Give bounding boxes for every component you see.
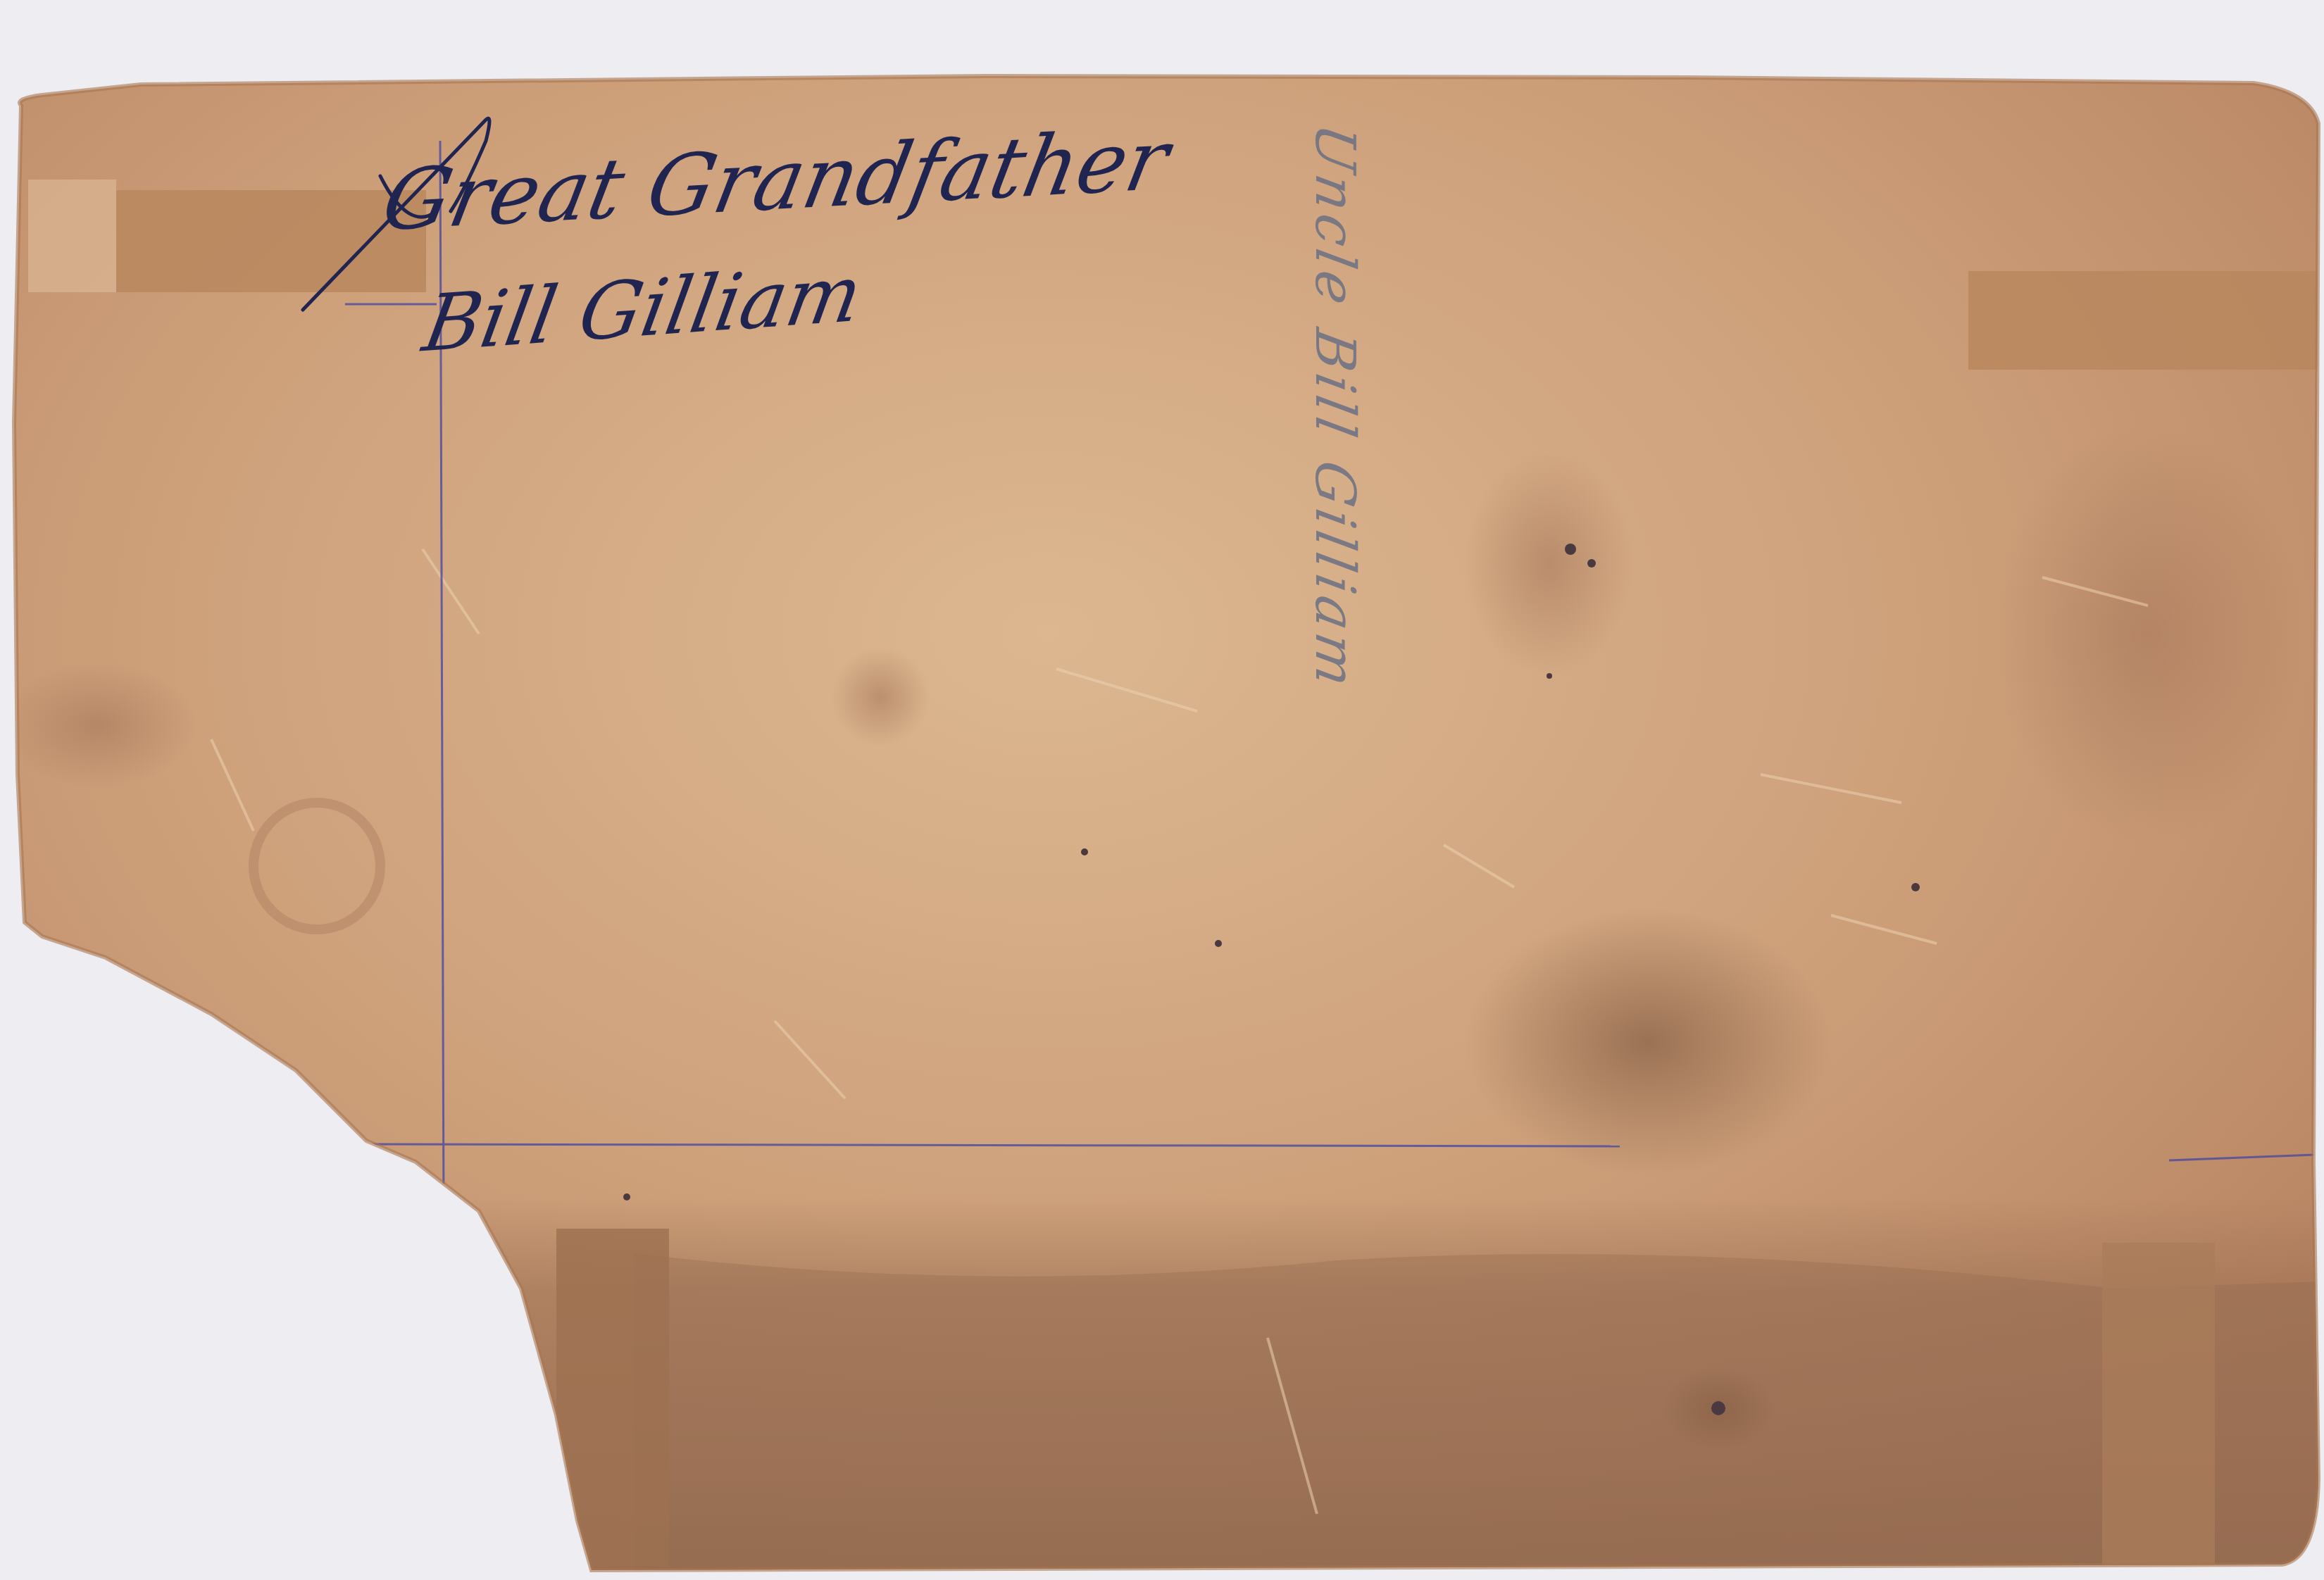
tape-top-right [1968, 271, 2320, 370]
card-body [0, 0, 2324, 1580]
pencil-line-uncle-bill-gilliam: Uncle Bill Gilliam [1303, 119, 1366, 696]
card-artwork [0, 0, 2324, 1580]
photo-back-scan: Great Grandfather Bill Gilliam Uncle Bil… [0, 0, 2324, 1580]
tape-bottom-right [2102, 1243, 2215, 1567]
tape-bottom-left [556, 1229, 669, 1567]
